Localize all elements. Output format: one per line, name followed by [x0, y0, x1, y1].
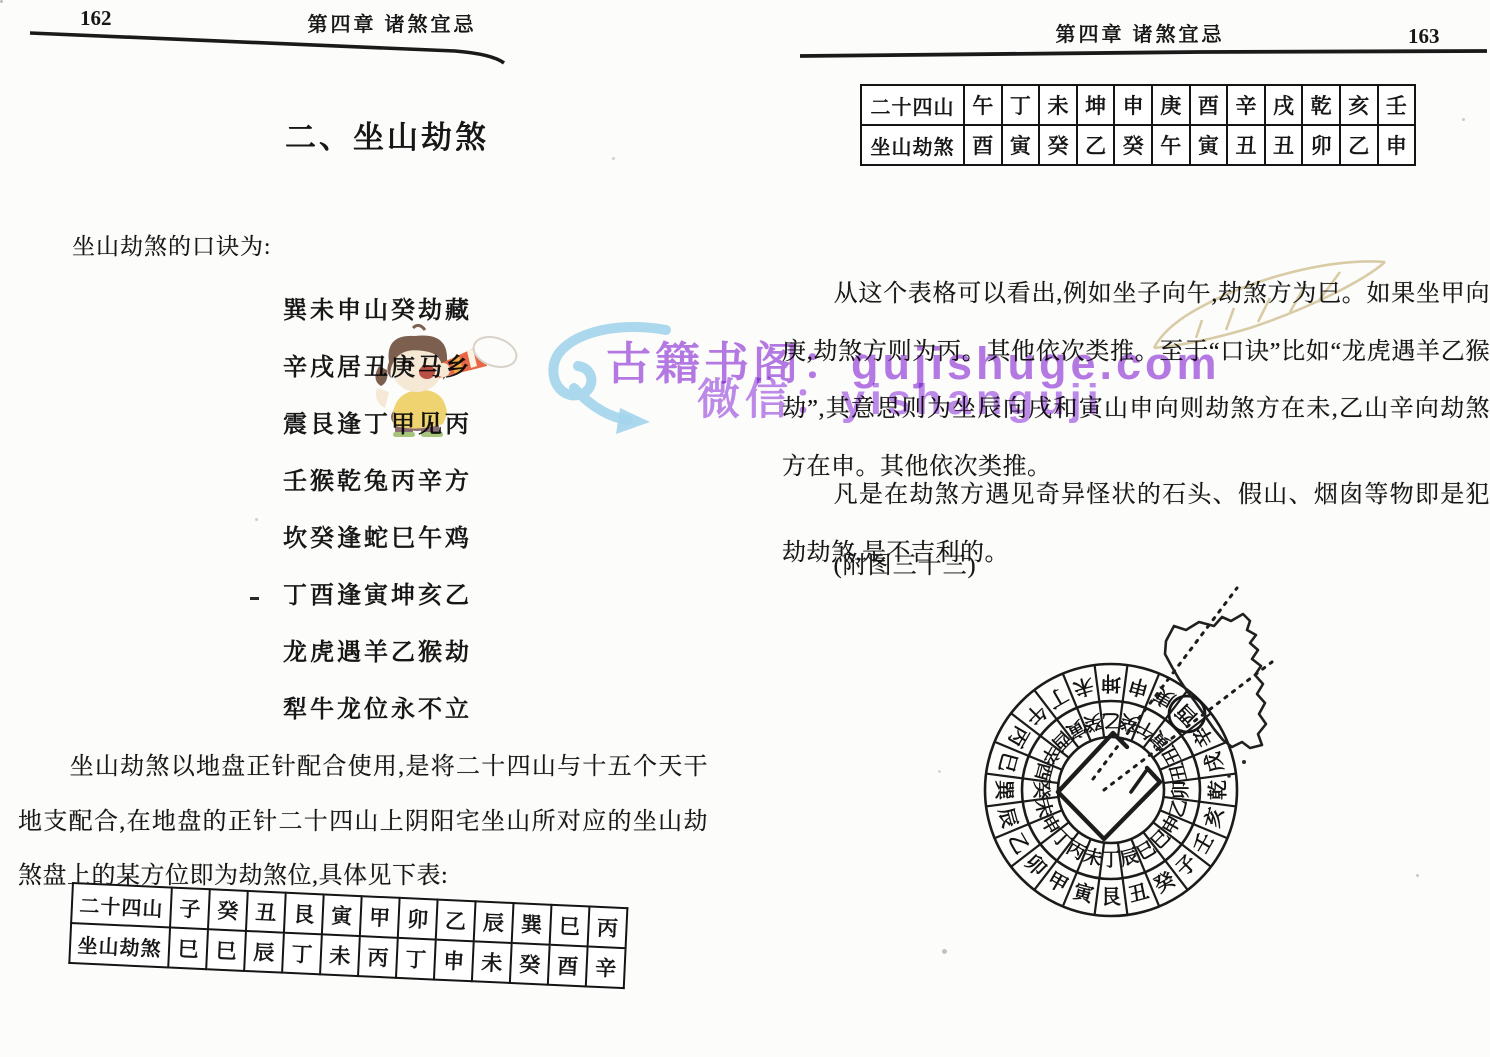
table-cell: 辛: [586, 946, 626, 988]
compass-spoke: [1118, 843, 1128, 915]
table-cell: 癸: [1039, 125, 1077, 165]
compass-mountain-label: 卯: [1020, 850, 1051, 881]
table-cell: 甲: [360, 896, 400, 938]
compass-jiesha-label: 丑: [1166, 760, 1191, 784]
table-cell: 丑: [1265, 125, 1303, 165]
table-cell: 丁: [396, 938, 436, 980]
compass-circle: [985, 664, 1237, 916]
table-cell: 辛: [1227, 85, 1265, 125]
table-cell: 未: [320, 934, 360, 976]
table-row: 坐山劫煞酉寅癸乙癸午寅丑丑卯乙申: [861, 125, 1415, 165]
table-cell: 寅: [1190, 125, 1228, 165]
table-cell: 酉: [1190, 85, 1228, 125]
verse-line: 龙虎遇羊乙猴劫: [283, 625, 472, 682]
table-cell: 巳: [550, 905, 590, 947]
verse-line: 辛戌居丑庚马乡: [283, 340, 472, 397]
compass-spoke: [1095, 843, 1105, 915]
compass-mountain-label: 壬: [1189, 829, 1219, 858]
table-cell: 丁: [282, 933, 322, 975]
table-cell: 申: [434, 940, 474, 982]
compass-spoke: [995, 742, 1062, 770]
compass-jiesha-label: 申: [1157, 811, 1185, 838]
verse-line: 坎癸逢蛇巳午鸡: [283, 511, 472, 568]
table-cell: 丙: [588, 906, 628, 948]
compass-jiesha-label: 申: [1036, 811, 1064, 838]
table-cell: 巽: [512, 903, 552, 945]
compass-spoke: [1153, 822, 1211, 866]
table-cell: 癸: [1114, 125, 1152, 165]
row-header-cell: 坐山劫煞: [861, 125, 964, 165]
compass-jiesha-label: 巳: [1147, 826, 1175, 854]
table-cell: 未: [1039, 85, 1077, 125]
table-cell: 戌: [1265, 85, 1303, 125]
table-row: 二十四山午丁未坤申庚酉辛戌乾亥壬: [861, 85, 1415, 125]
compass-spoke: [1034, 832, 1078, 890]
compass-jiesha-label: 辛: [1036, 741, 1065, 768]
scan-artifact-dash: [250, 597, 259, 600]
compass-jiesha-label: 乙: [1167, 797, 1192, 820]
table-cell: 卯: [1302, 125, 1340, 165]
table-cell: 坤: [1077, 85, 1115, 125]
table-cell: 丁: [1002, 85, 1040, 125]
compass-mountain-label: 申: [1126, 673, 1152, 701]
figure-caption: (附图三十三): [782, 545, 977, 580]
compass-mountain-label: 巽: [993, 780, 1016, 801]
table-cell: 乙: [1077, 125, 1115, 165]
arrowhead: [616, 408, 650, 434]
table-cell: 癸: [510, 943, 550, 985]
table-cell: 艮: [284, 893, 324, 935]
left-header-rule: [30, 33, 504, 63]
table-cell: 庚: [1152, 85, 1190, 125]
compass-jiesha-label: 丁: [1102, 850, 1121, 871]
verse-line: 丁酉逢寅坤亥乙: [283, 568, 472, 625]
compass-spoke: [1131, 839, 1159, 906]
table-cell: 巳: [206, 929, 246, 971]
verse-line: 巽未申山癸劫藏: [283, 283, 472, 340]
compass-mountain-label: 庚: [1150, 682, 1179, 713]
compass-jiesha-label: 乙: [1102, 709, 1121, 730]
table-cell: 丑: [1227, 125, 1265, 165]
verse-line: 壬猴乾兔丙辛方: [283, 454, 472, 511]
compass-spoke: [1143, 690, 1187, 748]
intro-line: 坐山劫煞的口诀为:: [72, 228, 271, 261]
compass-spoke: [1034, 690, 1078, 748]
right-paragraph-1: 从这个表格可以看出,例如坐子向午,劫煞方为巳。如果坐甲向庚,劫煞方则为丙。其他依…: [782, 266, 1490, 496]
rock-mountain-outline: [1165, 614, 1266, 748]
compass-jiesha-label: 癸: [1117, 709, 1141, 735]
watermark-arrow-graphic: [516, 316, 676, 436]
compass-figure: 子癸丑艮寅甲卯乙辰巽巳丙午丁未坤申庚酉辛戌乾亥壬巳巳辰丁未丙丁申未癸酉辛酉寅癸乙…: [940, 572, 1400, 962]
compass-jiesha-label: 寅: [1061, 715, 1089, 744]
verse-block: 巽未申山癸劫藏辛戌居丑庚马乡震艮逢丁甲见丙壬猴乾兔丙辛方坎癸逢蛇巳午鸡丁酉逢寅坤…: [283, 283, 472, 739]
row-header-cell: 二十四山: [71, 883, 172, 927]
compass-spoke: [1164, 774, 1236, 784]
compass-mountain-label: 辰: [994, 805, 1021, 830]
compass-jiesha-label: 未: [1030, 796, 1056, 820]
compass-jiesha-label: 酉: [1030, 760, 1055, 784]
compass-mountain-label: 戌: [1200, 750, 1228, 776]
compass-jiesha-label: 卯: [1170, 780, 1192, 799]
compass-mountain-label: 癸: [1150, 867, 1179, 898]
compass-jiesha-label: 丑: [1158, 741, 1186, 768]
compass-jiesha-label: 巳: [1133, 837, 1160, 865]
compass-spoke: [1063, 674, 1091, 741]
table-cell: 申: [1114, 85, 1152, 125]
table-cell: 巳: [168, 927, 208, 969]
table-cell: 寅: [322, 894, 362, 936]
table-cell: 丙: [358, 936, 398, 978]
compass-jiesha-label: 丁: [1047, 826, 1075, 854]
compass-spoke: [1143, 832, 1187, 890]
compass-jiesha-label: 酉: [1047, 726, 1075, 754]
table-cell: 壬: [1378, 85, 1416, 125]
compass-mountain-label: 亥: [1200, 805, 1228, 831]
table-cell: 丑: [246, 891, 286, 933]
table-cell: 癸: [208, 889, 248, 931]
table-cell: 卯: [398, 898, 438, 940]
compass-circle: [1022, 701, 1200, 879]
running-header-left: 第四章 诸煞宜忌: [262, 8, 522, 37]
section-title: 二、坐山劫煞: [0, 112, 774, 157]
compass-spoke: [1095, 665, 1105, 737]
compass-spoke: [986, 797, 1058, 807]
compass-jiesha-label: 癸: [1081, 709, 1105, 735]
compass-mountain-label: 辛: [1188, 722, 1219, 751]
table-cell: 乾: [1302, 85, 1340, 125]
compass-mountain-label: 未: [1071, 673, 1097, 701]
table-cell: 未: [472, 941, 512, 983]
table-cell: 乙: [436, 900, 476, 942]
compass-spoke: [1164, 797, 1236, 807]
table-cell: 酉: [548, 945, 588, 987]
compass-jiesha-label: 未: [1081, 845, 1105, 871]
compass-mountain-label: 艮: [1101, 886, 1121, 909]
table-cell: 申: [1378, 125, 1416, 165]
running-header-right: 第四章 诸煞宜忌: [1010, 18, 1270, 47]
compass-mountain-label: 甲: [1043, 868, 1072, 898]
compass-rings: 子癸丑艮寅甲卯乙辰巽巳丙午丁未坤申庚酉辛戌乾亥壬巳巳辰丁未丙丁申未癸酉辛酉寅癸乙…: [985, 664, 1237, 916]
compass-spoke: [995, 810, 1062, 838]
table-cell: 酉: [964, 125, 1002, 165]
compass-spoke: [986, 774, 1058, 784]
compass-jiesha-label: 癸: [1030, 781, 1052, 800]
compass-mountain-label: 丑: [1126, 880, 1151, 907]
table-cell: 寅: [1002, 125, 1040, 165]
dotted-sight-lines: [1093, 588, 1272, 790]
highlighted-cell-circle: [1169, 696, 1205, 732]
compass-mountain-label: 乾: [1206, 780, 1230, 800]
compass-mountain-label: 巳: [994, 750, 1021, 775]
page-number-left: 162: [80, 6, 112, 31]
left-paragraph: 坐山劫煞以地盘正针配合使用,是将二十四山与十五个天干地支配合,在地盘的正针二十四…: [18, 740, 708, 904]
compass-mountain-label: 酉: [1171, 699, 1201, 729]
compass-jiesha-label: 丙: [1062, 837, 1089, 865]
rock-speckles: [1227, 760, 1246, 778]
verse-line: 犁牛龙位永不立: [283, 682, 472, 739]
compass-spoke: [1160, 810, 1227, 838]
compass-spoke: [1153, 713, 1211, 757]
table-cell: 乙: [1340, 125, 1378, 165]
compass-mountain-label: 坤: [1101, 672, 1121, 696]
verse-line: 震艮逢丁甲见丙: [283, 397, 472, 454]
right-header-rule: [800, 51, 1487, 56]
compass-mountain-label: 午: [1020, 699, 1051, 730]
compass-mountain-label: 乙: [1003, 830, 1032, 858]
compass-spoke: [1118, 665, 1128, 737]
compass-mountain-label: 子: [1171, 850, 1201, 880]
table-cell: 午: [1152, 125, 1190, 165]
compass-spoke: [1063, 839, 1091, 906]
row-header-cell: 坐山劫煞: [69, 923, 170, 967]
table-cell: 亥: [1340, 85, 1378, 125]
table-cell: 辰: [474, 901, 514, 943]
compass-mountain-label: 丁: [1043, 682, 1072, 712]
compass-spoke: [1160, 742, 1227, 770]
compass-spoke: [1011, 822, 1069, 866]
compass-jiesha-label: 辰: [1118, 845, 1142, 870]
compass-spoke: [1011, 713, 1069, 757]
compass-circle: [1058, 737, 1164, 843]
row-header-cell: 二十四山: [861, 85, 964, 125]
compass-jiesha-label: 午: [1132, 715, 1159, 744]
table-cell: 午: [964, 85, 1002, 125]
house-outline: [1058, 733, 1160, 839]
mountains-table-right: 二十四山午丁未坤申庚酉辛戌乾亥壬坐山劫煞酉寅癸乙癸午寅丑丑卯乙申: [860, 84, 1416, 166]
compass-spoke: [1131, 674, 1159, 741]
compass-jiesha-label: 寅: [1145, 725, 1175, 755]
compass-mountain-label: 丙: [1003, 722, 1033, 751]
page-number-right: 163: [1408, 24, 1440, 49]
table-cell: 子: [170, 888, 210, 930]
compass-mountain-label: 寅: [1071, 879, 1097, 908]
table-cell: 辰: [244, 931, 284, 973]
scan-speckles: [0, 0, 3, 3]
